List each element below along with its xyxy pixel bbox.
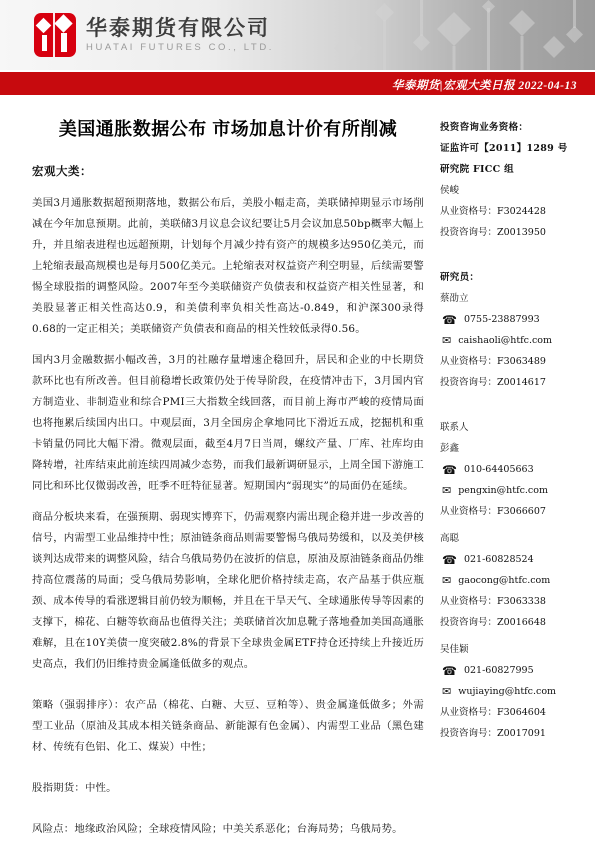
email-icon: ✉	[442, 485, 451, 496]
reg-number: F3064604	[497, 707, 546, 718]
phone-number: 021-60827995	[464, 660, 534, 681]
advisory-number: Z0017091	[497, 728, 546, 739]
researcher-reg-line: 从业资格号：F3063489	[440, 351, 577, 372]
section-heading: 宏观大类：	[32, 163, 424, 179]
phone-icon: ☎	[442, 554, 457, 566]
reg-label: 从业资格号：	[440, 707, 497, 718]
advisory-label: 投资咨询号：	[440, 728, 497, 739]
director-reg-line: 从业资格号：F3024428	[440, 201, 577, 222]
paragraph-risks: 风险点：地缘政治风险；全球疫情风险；中美关系恶化；台海局势；乌俄局势。	[32, 819, 424, 840]
contact-reg-line: 从业资格号：F3066607	[440, 501, 577, 522]
contact-name: 吴佳颖	[440, 639, 577, 660]
advisory-label: 投资咨询号：	[440, 227, 497, 238]
contact-advisory-line: 投资咨询号：Z0016648	[440, 612, 577, 633]
director-name: 侯峻	[440, 180, 577, 201]
license-number: 证监许可【2011】1289 号	[440, 138, 577, 159]
report-banner: 华泰期货|宏观大类日报 2022-04-13	[0, 72, 595, 95]
reg-number: F3066607	[497, 506, 546, 517]
contact-phone-line: ☎ 021-60828524	[440, 549, 577, 570]
main-column: 美国通胀数据公布 市场加息计价有所削减 宏观大类： 美国3月通胀数据超预期落地，…	[32, 115, 424, 842]
reg-label: 从业资格号：	[440, 206, 497, 217]
contact-reg-line: 从业资格号：F3064604	[440, 702, 577, 723]
qualification-title: 投资咨询业务资格：	[440, 117, 577, 138]
reg-label: 从业资格号：	[440, 596, 497, 607]
company-name-cn: 华泰期货有限公司	[86, 17, 274, 40]
phone-icon: ☎	[442, 665, 457, 677]
page-title: 美国通胀数据公布 市场加息计价有所削减	[32, 115, 424, 141]
advisory-number: Z0013950	[497, 227, 546, 238]
researcher-email-line: ✉ caishaoli@htfc.com	[440, 330, 577, 351]
researcher-phone-line: ☎ 0755-23887993	[440, 309, 577, 330]
contact-reg-line: 从业资格号：F3063338	[440, 591, 577, 612]
company-name-block: 华泰期货有限公司 HUATAI FUTURES CO., LTD.	[86, 17, 274, 53]
researchers-heading: 研究员：	[440, 267, 577, 288]
email-icon: ✉	[442, 335, 451, 346]
email-address: wujiaying@htfc.com	[458, 681, 556, 702]
paragraph-commodities: 商品分板块来看，在强预期、弱现实博弈下，仍需观察内需出现企稳并进一步改善的信号，…	[32, 507, 424, 675]
director-advisory-line: 投资咨询号：Z0013950	[440, 222, 577, 243]
reg-label: 从业资格号：	[440, 506, 497, 517]
advisory-number: Z0016648	[497, 617, 546, 628]
paragraph-domestic-data: 国内3月金融数据小幅改善，3月的社融存量增速企稳回升，居民和企业的中长期贷款环比…	[32, 350, 424, 497]
email-address: gaocong@htfc.com	[458, 570, 550, 591]
phone-number: 010-64405663	[464, 459, 534, 480]
phone-icon: ☎	[442, 314, 457, 326]
report-page: 华泰期货有限公司 HUATAI FUTURES CO., LTD. 华泰期货|宏…	[0, 0, 595, 842]
contact-email-line: ✉ pengxin@htfc.com	[440, 480, 577, 501]
paragraph-strategy: 策略（强弱排序）：农产品（棉花、白糖、大豆、豆粕等）、贵金属逢低做多；外需型工业…	[32, 695, 424, 758]
researcher-advisory-line: 投资咨询号：Z0014617	[440, 372, 577, 393]
contact-advisory-line: 投资咨询号：Z0017091	[440, 723, 577, 744]
reg-number: F3063338	[497, 596, 546, 607]
researcher-name: 蔡劭立	[440, 288, 577, 309]
contact-phone-line: ☎ 021-60827995	[440, 660, 577, 681]
huatai-logo-icon	[34, 13, 76, 57]
advisory-label: 投资咨询号：	[440, 377, 497, 388]
contact-email-line: ✉ gaocong@htfc.com	[440, 570, 577, 591]
research-team: 研究院 FICC 组	[440, 159, 577, 180]
reg-label: 从业资格号：	[440, 356, 497, 367]
email-address: caishaoli@htfc.com	[458, 330, 552, 351]
sidebar: 投资咨询业务资格： 证监许可【2011】1289 号 研究院 FICC 组 侯峻…	[440, 115, 577, 842]
paragraph-us-inflation: 美国3月通胀数据超预期落地，数据公布后，美股小幅走高，美联储掉期显示市场削减在今…	[32, 193, 424, 340]
page-header: 华泰期货有限公司 HUATAI FUTURES CO., LTD.	[0, 0, 595, 70]
company-name-en: HUATAI FUTURES CO., LTD.	[86, 42, 274, 53]
phone-number: 021-60828524	[464, 549, 534, 570]
phone-icon: ☎	[442, 464, 457, 476]
banner-title: 华泰期货|宏观大类日报 2022-04-13	[392, 80, 577, 92]
diamond-pattern-decoration	[330, 0, 595, 70]
contact-name: 彭鑫	[440, 438, 577, 459]
advisory-number: Z0014617	[497, 377, 546, 388]
reg-number: F3024428	[497, 206, 546, 217]
contact-email-line: ✉ wujiaying@htfc.com	[440, 681, 577, 702]
email-icon: ✉	[442, 686, 451, 697]
paragraph-index-futures: 股指期货：中性。	[32, 778, 424, 799]
contact-phone-line: ☎ 010-64405663	[440, 459, 577, 480]
phone-number: 0755-23887993	[464, 309, 540, 330]
advisory-label: 投资咨询号：	[440, 617, 497, 628]
email-icon: ✉	[442, 575, 451, 586]
email-address: pengxin@htfc.com	[458, 480, 548, 501]
brand-block: 华泰期货有限公司 HUATAI FUTURES CO., LTD.	[34, 13, 274, 57]
contact-name: 高聪	[440, 528, 577, 549]
contacts-heading: 联系人	[440, 417, 577, 438]
reg-number: F3063489	[497, 356, 546, 367]
